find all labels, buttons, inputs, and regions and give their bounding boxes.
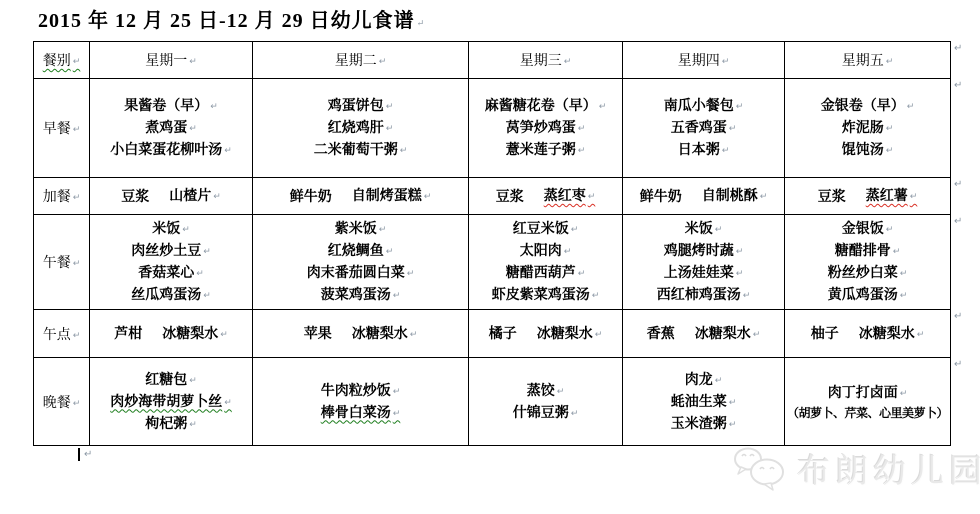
- cell-friday-lunch: 金银饭 糖醋排骨 粉丝炒白菜 黄瓜鸡蛋汤: [785, 215, 951, 310]
- paragraph-mark: ↵: [954, 312, 962, 322]
- menu-item: 冰糖梨水: [537, 323, 603, 345]
- menu-line: 香菇菜心: [92, 262, 250, 284]
- menu-line: 虾皮紫菜鸡蛋汤: [471, 284, 620, 306]
- cell-thursday-dinner: 肉龙 蚝油生菜 玉米渣粥: [623, 358, 785, 446]
- menu-line: 糖醋西葫芦: [471, 262, 620, 284]
- watermark-text: 布朗幼儿园: [797, 445, 980, 492]
- row-label-afternoon-snack: 午点: [34, 310, 90, 358]
- menu-line: 馄饨汤: [787, 139, 948, 161]
- menu-line: 二米葡萄干粥: [255, 139, 466, 161]
- menu-line: 麻酱糖花卷（早）: [471, 95, 620, 117]
- menu-item: 豆浆: [121, 186, 149, 207]
- cell-wednesday-snack: 豆浆蒸红枣: [469, 178, 623, 215]
- cell-wednesday-afternoon: 橘子冰糖梨水: [469, 310, 623, 358]
- cell-thursday-snack: 鲜牛奶自制桃酥: [623, 178, 785, 215]
- menu-line: 粉丝炒白菜: [787, 262, 948, 284]
- menu-line: 糖醋排骨: [787, 240, 948, 262]
- menu-item: 豆浆: [818, 186, 846, 207]
- text-cursor: [78, 448, 80, 461]
- menu-table: 餐别 星期一 星期二 星期三 星期四 星期五 早餐 果酱卷（早） 煮鸡蛋 小白菜…: [33, 41, 951, 446]
- header-cell-wednesday: 星期三: [469, 42, 623, 79]
- menu-line: 米饭: [92, 218, 250, 240]
- menu-line: 薏米莲子粥: [471, 139, 620, 161]
- menu-line: 牛肉粒炒饭: [255, 380, 466, 402]
- row-label-lunch: 午餐: [34, 215, 90, 310]
- paragraph-mark: ↵: [84, 450, 92, 460]
- paragraph-mark: ↵: [954, 180, 962, 190]
- cell-tuesday-lunch: 紫米饭 红烧鲷鱼 肉末番茄圆白菜 菠菜鸡蛋汤: [253, 215, 469, 310]
- menu-line: 西红柿鸡蛋汤: [625, 284, 782, 306]
- menu-line: 鸡蛋饼包: [255, 95, 466, 117]
- menu-line: 鸡腿烤时蔬: [625, 240, 782, 262]
- menu-line: 肉末番茄圆白菜: [255, 262, 466, 284]
- menu-line: 肉炒海带胡萝卜丝: [92, 391, 250, 413]
- menu-item: 鲜牛奶: [290, 186, 332, 207]
- menu-item: 冰糖梨水: [695, 323, 761, 345]
- row-label-morning-snack: 加餐: [34, 178, 90, 215]
- menu-line: （胡萝卜、芹菜、心里美萝卜）: [787, 404, 948, 422]
- menu-line: 南瓜小餐包: [625, 95, 782, 117]
- menu-line: 上汤娃娃菜: [625, 262, 782, 284]
- row-lunch: 午餐 米饭 肉丝炒土豆 香菇菜心 丝瓜鸡蛋汤 紫米饭 红烧鲷鱼 肉末番茄圆白菜 …: [34, 215, 951, 310]
- menu-line: 棒骨白菜汤: [255, 402, 466, 424]
- menu-line: 煮鸡蛋: [92, 117, 250, 139]
- cell-tuesday-afternoon: 苹果冰糖梨水: [253, 310, 469, 358]
- document-page: 2015 年 12 月 25 日-12 月 29 日幼儿食谱 餐别 星期一 星期…: [0, 0, 980, 514]
- cell-tuesday-dinner: 牛肉粒炒饭 棒骨白菜汤: [253, 358, 469, 446]
- header-cell-tuesday: 星期二: [253, 42, 469, 79]
- cell-monday-dinner: 红糖包 肉炒海带胡萝卜丝 枸杞粥: [90, 358, 253, 446]
- menu-line: 枸杞粥: [92, 413, 250, 435]
- menu-item: 自制烤蛋糕: [352, 185, 432, 207]
- menu-line: 太阳肉: [471, 240, 620, 262]
- paragraph-mark: ↵: [954, 217, 962, 227]
- menu-line: 红豆米饭: [471, 218, 620, 240]
- paragraph-mark: ↵: [954, 44, 962, 54]
- menu-line: 蚝油生菜: [625, 391, 782, 413]
- menu-line: 玉米渣粥: [625, 413, 782, 435]
- page-title: 2015 年 12 月 25 日-12 月 29 日幼儿食谱: [38, 10, 424, 32]
- menu-line: 红烧鸡肝: [255, 117, 466, 139]
- menu-line: 菠菜鸡蛋汤: [255, 284, 466, 306]
- menu-line: 肉丝炒土豆: [92, 240, 250, 262]
- menu-line: 丝瓜鸡蛋汤: [92, 284, 250, 306]
- menu-item: 豆浆: [496, 186, 524, 207]
- paragraph-mark: ↵: [954, 360, 962, 370]
- menu-item: 蒸红薯: [866, 185, 918, 207]
- paragraph-mark: ↵: [954, 81, 962, 91]
- menu-line: 莴笋炒鸡蛋: [471, 117, 620, 139]
- menu-item: 山楂片: [169, 185, 221, 207]
- menu-line: 蒸饺: [471, 380, 620, 402]
- menu-line: 什锦豆粥: [471, 402, 620, 424]
- row-label-breakfast: 早餐: [34, 79, 90, 178]
- menu-line: 肉龙: [625, 369, 782, 391]
- menu-item: 柚子: [811, 323, 839, 344]
- header-row: 餐别 星期一 星期二 星期三 星期四 星期五: [34, 42, 951, 79]
- wechat-icon: [733, 446, 789, 492]
- cell-thursday-afternoon: 香蕉冰糖梨水: [623, 310, 785, 358]
- menu-line: 紫米饭: [255, 218, 466, 240]
- row-dinner: 晚餐 红糖包 肉炒海带胡萝卜丝 枸杞粥 牛肉粒炒饭 棒骨白菜汤 蒸饺 什锦豆粥 …: [34, 358, 951, 446]
- menu-line: 炸泥肠: [787, 117, 948, 139]
- cell-friday-breakfast: 金银卷（早） 炸泥肠 馄饨汤: [785, 79, 951, 178]
- document-title-row: 2015 年 12 月 25 日-12 月 29 日幼儿食谱: [38, 4, 424, 33]
- menu-item: 芦柑: [114, 323, 142, 344]
- watermark: 布朗幼儿园: [733, 445, 980, 492]
- cell-friday-snack: 豆浆蒸红薯: [785, 178, 951, 215]
- cell-thursday-breakfast: 南瓜小餐包 五香鸡蛋 日本粥: [623, 79, 785, 178]
- cell-wednesday-breakfast: 麻酱糖花卷（早） 莴笋炒鸡蛋 薏米莲子粥: [469, 79, 623, 178]
- menu-line: 肉丁打卤面: [787, 382, 948, 404]
- menu-item: 鲜牛奶: [640, 186, 682, 207]
- cell-monday-afternoon: 芦柑冰糖梨水: [90, 310, 253, 358]
- menu-line: 果酱卷（早）: [92, 95, 250, 117]
- cell-monday-breakfast: 果酱卷（早） 煮鸡蛋 小白菜蛋花柳叶汤: [90, 79, 253, 178]
- menu-line: 金银饭: [787, 218, 948, 240]
- cell-tuesday-snack: 鲜牛奶自制烤蛋糕: [253, 178, 469, 215]
- header-cell-thursday: 星期四: [623, 42, 785, 79]
- menu-item: 橘子: [489, 323, 517, 344]
- cell-tuesday-breakfast: 鸡蛋饼包 红烧鸡肝 二米葡萄干粥: [253, 79, 469, 178]
- menu-item: 冰糖梨水: [859, 323, 925, 345]
- menu-line: 米饭: [625, 218, 782, 240]
- menu-line: 黄瓜鸡蛋汤: [787, 284, 948, 306]
- menu-item: 苹果: [304, 323, 332, 344]
- row-morning-snack: 加餐 豆浆山楂片 鲜牛奶自制烤蛋糕 豆浆蒸红枣 鲜牛奶自制桃酥 豆浆蒸红薯: [34, 178, 951, 215]
- menu-item: 蒸红枣: [544, 185, 596, 207]
- menu-line: 五香鸡蛋: [625, 117, 782, 139]
- menu-line: 日本粥: [625, 139, 782, 161]
- menu-item: 香蕉: [647, 323, 675, 344]
- row-afternoon-snack: 午点 芦柑冰糖梨水 苹果冰糖梨水 橘子冰糖梨水 香蕉冰糖梨水 柚子冰糖梨水: [34, 310, 951, 358]
- cell-monday-snack: 豆浆山楂片: [90, 178, 253, 215]
- menu-item: 冰糖梨水: [352, 323, 418, 345]
- header-cell-monday: 星期一: [90, 42, 253, 79]
- cell-wednesday-dinner: 蒸饺 什锦豆粥: [469, 358, 623, 446]
- menu-line: 金银卷（早）: [787, 95, 948, 117]
- menu-item: 冰糖梨水: [162, 323, 228, 345]
- row-breakfast: 早餐 果酱卷（早） 煮鸡蛋 小白菜蛋花柳叶汤 鸡蛋饼包 红烧鸡肝 二米葡萄干粥 …: [34, 79, 951, 178]
- menu-line: 小白菜蛋花柳叶汤: [92, 139, 250, 161]
- menu-line: 红烧鲷鱼: [255, 240, 466, 262]
- cell-friday-dinner: 肉丁打卤面 （胡萝卜、芹菜、心里美萝卜）: [785, 358, 951, 446]
- cell-thursday-lunch: 米饭 鸡腿烤时蔬 上汤娃娃菜 西红柿鸡蛋汤: [623, 215, 785, 310]
- row-label-dinner: 晚餐: [34, 358, 90, 446]
- header-cell-friday: 星期五: [785, 42, 951, 79]
- menu-item: 自制桃酥: [702, 185, 768, 207]
- menu-line: 红糖包: [92, 369, 250, 391]
- cell-friday-afternoon: 柚子冰糖梨水: [785, 310, 951, 358]
- cell-wednesday-lunch: 红豆米饭 太阳肉 糖醋西葫芦 虾皮紫菜鸡蛋汤: [469, 215, 623, 310]
- cell-monday-lunch: 米饭 肉丝炒土豆 香菇菜心 丝瓜鸡蛋汤: [90, 215, 253, 310]
- header-cell-meal-type: 餐别: [34, 42, 90, 79]
